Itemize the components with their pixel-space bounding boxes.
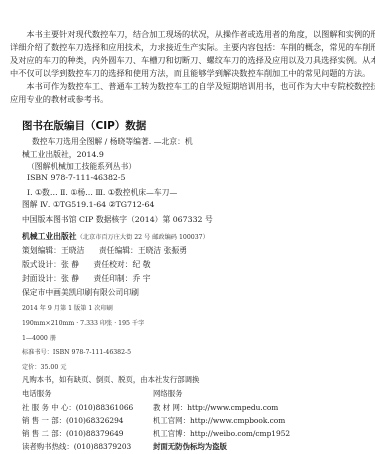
intro-line: 应用专业的教材或参考书。 bbox=[0, 93, 375, 106]
responsible-editor: 责任编辑：王晓洁 张振勇 bbox=[99, 246, 187, 255]
proofreader: 责任校对：纪 敬 bbox=[94, 260, 151, 269]
cip-book-line-2: 械工业出版社，2014.9 bbox=[22, 149, 104, 160]
service-headers: 电话服务 网络服务 bbox=[22, 388, 362, 399]
contact-phone: (010)88379649 bbox=[66, 429, 124, 438]
format: 190mm×210mm · 7.333 印张 · 195 千字 bbox=[22, 318, 144, 327]
contact-label: 销 售 一 部： bbox=[22, 416, 66, 425]
contact-row: 销 售 二 部：(010)88379649 机工官博：http://weibo.… bbox=[22, 428, 362, 439]
web-url[interactable]: http://www.cmpbook.com bbox=[190, 416, 285, 425]
contact-label: 社 服 务 中 心： bbox=[22, 403, 76, 412]
contact-label: 销 售 二 部： bbox=[22, 429, 66, 438]
contact-row: 销 售 一 部：(010)68326294 机工官网：http://www.cm… bbox=[22, 415, 362, 426]
cip-number: 中国版本图书馆 CIP 数据核字（2014）第 067332 号 bbox=[22, 214, 213, 225]
intro-line: 本书可作为数控车工、普通车工转为数控车工的自学及短期培训用书，也可作为大中专院校… bbox=[0, 80, 375, 93]
planning-editor: 策划编辑：王晓洁 bbox=[22, 246, 84, 255]
web-service-header: 网络服务 bbox=[153, 388, 183, 399]
cip-isbn: ISBN 978-7-111-46382-5 bbox=[27, 173, 125, 182]
contact-phone: (010)88379203 bbox=[74, 442, 132, 451]
cover-design: 封面设计：张 静 bbox=[22, 274, 79, 283]
print-run: 1—4000 册 bbox=[22, 333, 56, 342]
edition: 2014 年 9 月第 1 版第 1 次印刷 bbox=[22, 303, 113, 312]
standard-book-number: 标准书号：ISBN 978-7-111-46382-5 bbox=[22, 347, 131, 356]
intro-line: 中不仅可以学到数控车刀的选择和使用方法，而且能够学到解决数控车削加工中的常见问题… bbox=[0, 67, 375, 80]
contact-row: 读者购书热线：(010)88379203 封面无防伪标均为盗版 bbox=[22, 441, 362, 452]
cip-title: 图书在版编目（CIP）数据 bbox=[22, 118, 146, 133]
printer: 保定市中画美凯印刷有限公司印刷 bbox=[22, 287, 139, 298]
contact-label: 读者购书热线： bbox=[22, 442, 74, 451]
price: 定价：35.00 元 bbox=[22, 362, 66, 371]
cip-series: （图解机械加工技能系列丛书） bbox=[27, 161, 136, 172]
contact-phone: (010)68326294 bbox=[66, 416, 124, 425]
cover-line: 封面设计：张 静 责任印制：乔 宇 bbox=[22, 273, 151, 284]
intro-line: 本书主要针对现代数控车刀，结合加工现场的状况，从操作者或选用者的角度，以图解和实… bbox=[0, 28, 375, 41]
web-label: 教 材 网： bbox=[153, 403, 187, 412]
cip-book-line-1: 数控车刀选用全图解 / 杨晓等编著. —北京：机 bbox=[32, 136, 193, 147]
web-url[interactable]: http://www.cmpedu.com bbox=[187, 403, 278, 412]
phone-service-header: 电话服务 bbox=[22, 389, 52, 398]
anti-piracy-notice: 封面无防伪标均为盗版 bbox=[153, 441, 227, 452]
publisher-address: （北京市百万庄大街 22 号 邮政编码 100037） bbox=[77, 234, 209, 241]
contact-phone: (010)88361066 bbox=[76, 403, 134, 412]
cip-classification-1: Ⅰ. ①数… Ⅱ. ①杨… Ⅲ. ①数控机床—车刀— bbox=[27, 187, 177, 198]
web-label: 机工官网： bbox=[153, 416, 190, 425]
intro-line: 及对应的车刀的种类，内外圆车刀、车槽刀和切断刀、螺纹车刀的选择及应用以及刀具选择… bbox=[0, 54, 375, 67]
intro-line: 详细介绍了数控车刀选择和应用技术，力求接近生产实际。主要内容包括：车削的概念，常… bbox=[0, 41, 375, 54]
book-description: 本书主要针对现代数控车刀，结合加工现场的状况，从操作者或选用者的角度，以图解和实… bbox=[0, 28, 375, 106]
design-line: 版式设计：张 静 责任校对：纪 敬 bbox=[22, 259, 151, 270]
contact-row: 社 服 务 中 心：(010)88361066 教 材 网：http://www… bbox=[22, 402, 362, 413]
editor-line: 策划编辑：王晓洁 责任编辑：王晓洁 张振勇 bbox=[22, 245, 187, 256]
print-manager: 责任印制：乔 宇 bbox=[94, 274, 151, 283]
publisher-name: 机械工业出版社 bbox=[22, 232, 77, 241]
cip-classification-2: 图解 Ⅳ. ①TG519.1-64 ②TG712-64 bbox=[22, 199, 154, 210]
returns-notice: 凡购本书，如有缺页、倒页、脱页，由本社发行部调换 bbox=[22, 374, 199, 385]
layout-design: 版式设计：张 静 bbox=[22, 260, 79, 269]
publisher-line: 机械工业出版社（北京市百万庄大街 22 号 邮政编码 100037） bbox=[22, 231, 209, 242]
web-label: 机工官博： bbox=[153, 429, 190, 438]
web-url[interactable]: http://weibo.com/cmp1952 bbox=[190, 429, 290, 438]
